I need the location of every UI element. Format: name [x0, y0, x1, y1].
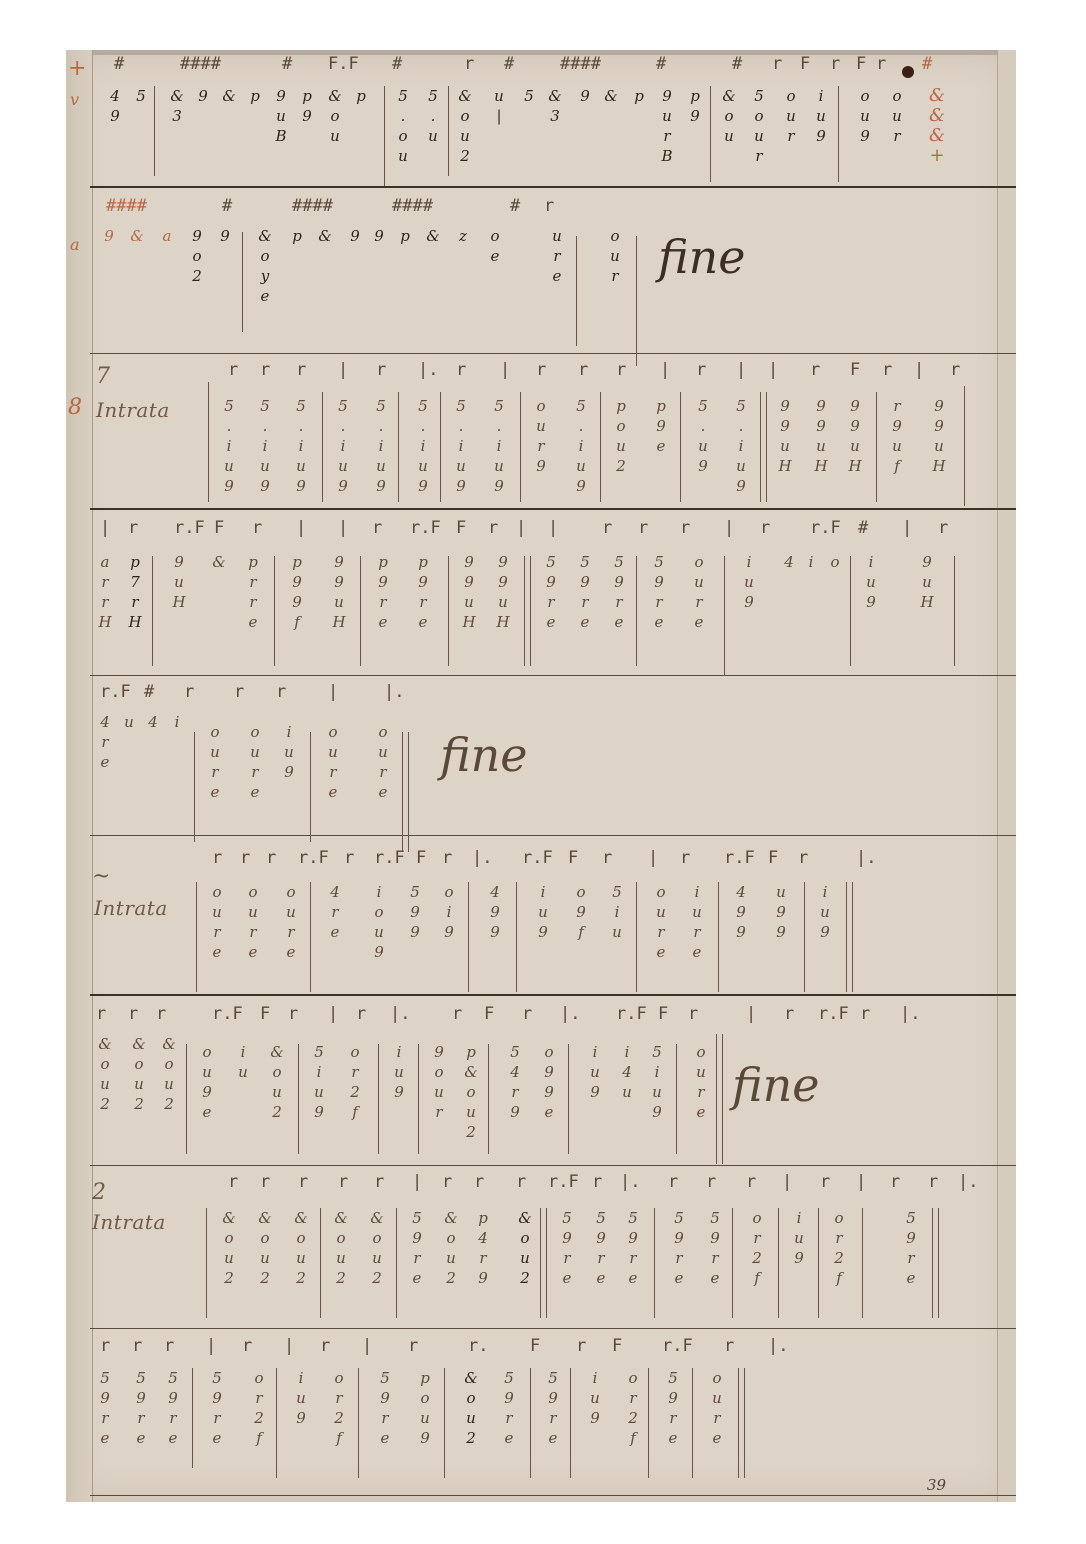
- tab-chord: 5 9 r e: [898, 1208, 924, 1288]
- rhythm-flag: |: [648, 848, 658, 868]
- system-divider: [90, 835, 1016, 836]
- rhythm-flag: F: [456, 518, 466, 538]
- tab-chord: o 9 9 e: [536, 1042, 562, 1122]
- tab-chord: & o u 2: [264, 1042, 290, 1122]
- tab-chord: o r 2 f: [342, 1042, 368, 1122]
- tab-chord: p 9 r e: [370, 552, 396, 632]
- tab-chord: & o u 2: [252, 1208, 278, 1288]
- rhythm-flag: |: [284, 1336, 294, 1356]
- tab-chord: 5 9 9: [402, 882, 428, 942]
- bar-line: [654, 1208, 655, 1318]
- tab-chord: & o u 2: [328, 1208, 354, 1288]
- tab-chord: 5 o u r: [746, 86, 772, 166]
- tab-chord: 5 i u: [604, 882, 630, 942]
- system-divider: [90, 1165, 1016, 1166]
- bar-line: [838, 86, 839, 182]
- rhythm-flag: |: [724, 518, 734, 538]
- rhythm-flag: #: [858, 518, 868, 538]
- rhythm-flag: F: [800, 54, 810, 74]
- bar-line: [954, 556, 955, 666]
- rhythm-flag: r: [156, 1004, 166, 1024]
- bar-line: [448, 86, 449, 176]
- bar-line: [676, 1044, 677, 1154]
- tab-chord: 4 r e: [322, 882, 348, 942]
- rhythm-flag: r: [592, 1172, 602, 1192]
- rhythm-flag: r: [260, 1172, 270, 1192]
- system-divider: [90, 1328, 1016, 1329]
- tab-chord: 5 9 r e: [496, 1368, 522, 1448]
- rhythm-flag: |: [328, 1004, 338, 1024]
- bar-line: [530, 1368, 531, 1478]
- rhythm-flag: r.F: [298, 848, 329, 868]
- tab-chord: i u: [230, 1042, 256, 1082]
- tab-chord: &: [312, 226, 338, 246]
- tab-chord: i u 9: [808, 86, 834, 146]
- rhythm-flag: r: [772, 54, 782, 74]
- bar-line: [208, 382, 209, 502]
- tab-chord: 5 9 r e: [666, 1208, 692, 1288]
- bar-line: [778, 1208, 779, 1318]
- rhythm-flags: r r r | r |. r | r r r | r | | r F r | r: [92, 360, 998, 384]
- rhythm-flag: r: [680, 848, 690, 868]
- margin-mark: v: [70, 90, 79, 109]
- rhythm-flag: r: [616, 360, 626, 380]
- bar-line: [448, 556, 449, 666]
- rhythm-flag: r: [602, 518, 612, 538]
- rhythm-flag: #: [922, 54, 932, 74]
- tab-chord: u: [116, 712, 142, 732]
- bar-line: [804, 882, 805, 992]
- rhythm-flag: r: [860, 1004, 870, 1024]
- tab-chord: & o u: [716, 86, 742, 146]
- rhythm-flag: r.F: [724, 848, 755, 868]
- tab-chord: 4 9 9: [728, 882, 754, 942]
- tab-chord-red: & & & +: [924, 86, 950, 166]
- rhythm-flag: r: [706, 1172, 716, 1192]
- tab-chord: r 9 u f: [884, 396, 910, 476]
- rhythm-flag: r: [288, 1004, 298, 1024]
- rhythm-flag: |: [412, 1172, 422, 1192]
- tab-chord: 5 . i u 9: [486, 396, 512, 496]
- rhythm-flag: r: [602, 848, 612, 868]
- rhythm-flag: r: [810, 360, 820, 380]
- tab-chord: 5 9 r e: [606, 552, 632, 632]
- bar-line: [378, 1044, 379, 1154]
- rhythm-flag: r.F: [100, 682, 131, 702]
- margin-mark: +: [68, 56, 86, 81]
- tab-chord: &: [420, 226, 446, 246]
- tab-chord: o u r e: [370, 722, 396, 802]
- rhythm-flag: r: [184, 682, 194, 702]
- tab-chord: 4 9: [102, 86, 128, 126]
- tablature-system-1: # #### # F.F # r # #### # # r F r F r # …: [92, 50, 998, 186]
- bar-line: [274, 556, 275, 666]
- rhythm-flag: r: [240, 848, 250, 868]
- tab-chord: 9 u r B: [654, 86, 680, 166]
- tab-chord: o: [822, 552, 848, 572]
- tab-chord: 5 . o u: [390, 86, 416, 166]
- rhythm-flag: r: [234, 682, 244, 702]
- bar-line-final: [744, 1368, 745, 1478]
- rhythm-flag: r: [724, 1336, 734, 1356]
- binding-gutter: [66, 50, 93, 1502]
- tab-chord: 5 4 r 9: [502, 1042, 528, 1122]
- rhythm-flag: r: [544, 196, 554, 216]
- tab-chord: p 7 r H: [122, 552, 148, 632]
- bar-line: [360, 556, 361, 666]
- bar-line-final: [716, 1034, 717, 1164]
- rhythm-flag: |: [548, 518, 558, 538]
- tab-chord: p o u 9: [412, 1368, 438, 1448]
- rhythm-flag: r: [276, 682, 286, 702]
- rhythm-flags: r r r r r | r r r r.F r |. r r r | r | r…: [92, 1172, 998, 1196]
- tab-chord: i u 9: [530, 882, 556, 942]
- bar-line: [710, 86, 711, 182]
- rhythm-flag: F: [850, 360, 860, 380]
- tab-chord: o u 9 e: [194, 1042, 220, 1122]
- tab-chord: 9 9 u H: [842, 396, 868, 476]
- rhythm-flag: r: [132, 1336, 142, 1356]
- rhythm-flag: ####: [106, 196, 147, 216]
- rhythm-flag: r: [522, 1004, 532, 1024]
- rhythm-flag: r: [442, 1172, 452, 1192]
- tab-chord: & o y e: [252, 226, 278, 306]
- rhythm-flag: r: [820, 1172, 830, 1192]
- rhythm-flag: r: [96, 1004, 106, 1024]
- bar-line: [636, 882, 637, 992]
- rhythm-flag: |: [500, 360, 510, 380]
- tab-chord-red: a: [154, 226, 180, 246]
- tab-chord: 9 9 u H: [772, 396, 798, 476]
- bar-line-double: [530, 556, 531, 666]
- tab-chord: a r r H: [92, 552, 118, 632]
- manuscript-page: + v a 8 # #### # F.F # r # #### # # r F …: [66, 50, 1016, 1502]
- rhythm-flag: r: [344, 848, 354, 868]
- rhythm-flag: r: [356, 1004, 366, 1024]
- tab-chord: 9: [342, 226, 368, 246]
- rhythm-flag: r: [100, 1336, 110, 1356]
- bar-line-final: [938, 1208, 939, 1318]
- rhythm-flag: |: [660, 360, 670, 380]
- tab-chord: & o u 2: [452, 86, 478, 166]
- tab-chord: 5 9 r e: [540, 1368, 566, 1448]
- bar-line: [718, 882, 719, 992]
- tab-chord: 5 9 r e: [620, 1208, 646, 1288]
- bar-line: [468, 882, 469, 992]
- rhythm-flag: F: [658, 1004, 668, 1024]
- rhythm-flag: r: [376, 360, 386, 380]
- bar-line: [186, 1044, 187, 1154]
- tablature-system-2: #### # #### #### # r 9 & a 9 o 2 9 & o y…: [92, 190, 998, 350]
- tab-chord: 5 9 r e: [646, 552, 672, 632]
- bar-line: [192, 1368, 193, 1468]
- tab-chord: o u r: [884, 86, 910, 146]
- tab-chord: & o u: [322, 86, 348, 146]
- bar-line-double: [540, 1208, 541, 1318]
- rhythm-flag: r: [374, 1172, 384, 1192]
- rhythm-flag: ####: [560, 54, 601, 74]
- rhythm-flag: r: [260, 360, 270, 380]
- tab-chord: p 9: [294, 86, 320, 126]
- tab-chord: o u r e: [278, 882, 304, 962]
- rhythm-flag: r: [668, 1172, 678, 1192]
- bar-line-final: [846, 882, 847, 992]
- rhythm-flag: r: [164, 1336, 174, 1356]
- rhythm-flag: r: [228, 360, 238, 380]
- rhythm-flag: r: [536, 360, 546, 380]
- bar-line: [520, 392, 521, 502]
- tab-chord: u r e: [544, 226, 570, 286]
- tab-chord: p 4 r 9: [470, 1208, 496, 1288]
- rhythm-flag: r: [212, 848, 222, 868]
- rhythm-flag: |: [746, 1004, 756, 1024]
- tab-chord: i u 9: [582, 1368, 608, 1428]
- rhythm-flag: r.F: [548, 1172, 579, 1192]
- rhythm-flag: F: [568, 848, 578, 868]
- tab-chord: o r 2 f: [326, 1368, 352, 1448]
- tab-chord: & o u 2: [156, 1034, 182, 1114]
- rhythm-flag: |.: [958, 1172, 978, 1192]
- bar-line: [276, 1368, 277, 1478]
- rhythm-flag: r: [950, 360, 960, 380]
- tab-chord: & 3: [164, 86, 190, 126]
- tab-chord: 9 9 u H: [456, 552, 482, 632]
- rhythm-flag: r: [128, 518, 138, 538]
- rhythm-flag: r: [298, 1172, 308, 1192]
- bar-line-final: [738, 1368, 739, 1478]
- tablature-system-8: 2 Intrata r r r r r | r r r r.F r |. r r…: [92, 1168, 998, 1326]
- rhythm-flag: |: [338, 360, 348, 380]
- tab-chord: 5 9 r e: [702, 1208, 728, 1288]
- rhythm-flag: ####: [292, 196, 333, 216]
- rhythm-flag: ####: [180, 54, 221, 74]
- bar-line: [818, 1208, 819, 1318]
- rhythm-flag: r: [688, 1004, 698, 1024]
- tab-chord: o u r: [778, 86, 804, 146]
- rhythm-flag: r: [576, 1336, 586, 1356]
- bar-line: [576, 236, 577, 346]
- rhythm-flag: r: [338, 1172, 348, 1192]
- tab-chord: i u r e: [684, 882, 710, 962]
- rhythm-flags: | r r.F F r | | r r.F F r | | r r r | r …: [92, 518, 998, 542]
- tab-chord: 9 u H: [166, 552, 192, 612]
- bar-line: [444, 1368, 445, 1478]
- rhythm-flag: |: [338, 518, 348, 538]
- tab-chord: &: [216, 86, 242, 106]
- tab-chord: i u 9: [858, 552, 884, 612]
- rhythm-flag: #: [732, 54, 742, 74]
- tab-chord: u |: [486, 86, 512, 126]
- tab-chord: 4: [140, 712, 166, 732]
- tab-chord: 5 9 r e: [554, 1208, 580, 1288]
- tab-chord: 5 i u 9: [306, 1042, 332, 1122]
- rhythm-flag: #: [392, 54, 402, 74]
- system-divider: [90, 675, 1016, 676]
- tab-chord: u 9 9: [768, 882, 794, 942]
- rhythm-flag: r: [442, 848, 452, 868]
- rhythm-flag: F: [214, 518, 224, 538]
- tab-chord: & o u 2: [512, 1208, 538, 1288]
- tab-chord: z: [450, 226, 476, 246]
- tab-chord: p: [392, 226, 418, 246]
- rhythm-flags: # #### # F.F # r # #### # # r F r F r #: [92, 54, 998, 78]
- tab-chord: p 9 e: [648, 396, 674, 456]
- tab-chord: 9: [190, 86, 216, 106]
- tab-chord: i 4 u: [614, 1042, 640, 1102]
- tab-chord: o u r e: [204, 882, 230, 962]
- bar-line-double: [524, 556, 525, 666]
- tab-chord: p: [242, 86, 268, 106]
- tab-chord: 5 . i u 9: [330, 396, 356, 496]
- tablature-system-5: r.F # r r r | |. 4 r e u 4 i o u r e o u…: [92, 678, 998, 833]
- bar-line: [298, 1044, 299, 1154]
- rhythm-flag: r: [252, 518, 262, 538]
- rhythm-flag: #: [144, 682, 154, 702]
- bar-line: [396, 1208, 397, 1318]
- tab-chord: o i 9: [436, 882, 462, 942]
- tab-chord: 5 . i u 9: [728, 396, 754, 496]
- rhythm-flag: r: [876, 54, 886, 74]
- bar-line: [862, 1208, 863, 1318]
- rhythm-flag: |: [914, 360, 924, 380]
- tab-chord: 5 9 r e: [660, 1368, 686, 1448]
- rhythm-flag: r.F: [374, 848, 405, 868]
- tab-chord: o u r 9: [528, 396, 554, 476]
- rhythm-flag: |.: [900, 1004, 920, 1024]
- rhythm-flag: r.F: [662, 1336, 693, 1356]
- rhythm-flag: r: [242, 1336, 252, 1356]
- tab-chord: & o u 2: [438, 1208, 464, 1288]
- bar-line: [196, 882, 197, 992]
- rhythm-flag: |: [856, 1172, 866, 1192]
- bar-line: [568, 1044, 569, 1154]
- rhythm-flag: r: [516, 1172, 526, 1192]
- bar-line: [440, 392, 441, 502]
- bar-line-double: [766, 392, 767, 502]
- tab-chord: o u r e: [688, 1042, 714, 1122]
- rhythm-flag: r: [578, 360, 588, 380]
- rhythm-flag: |: [296, 518, 306, 538]
- bar-line: [648, 1368, 649, 1478]
- tab-chord: o u r e: [704, 1368, 730, 1448]
- tab-chord: o r 2 f: [826, 1208, 852, 1288]
- tab-chord: &: [598, 86, 624, 106]
- tab-chord: & o u 2: [288, 1208, 314, 1288]
- tab-chord: 9 9 u H: [808, 396, 834, 476]
- bar-line: [398, 392, 399, 502]
- rhythm-flag: r: [928, 1172, 938, 1192]
- rhythm-flag: |.: [560, 1004, 580, 1024]
- tab-chord: 5 . i u 9: [448, 396, 474, 496]
- rhythm-flag: r: [830, 54, 840, 74]
- rhythm-flag: |: [768, 360, 778, 380]
- rhythm-flag: #: [222, 196, 232, 216]
- rhythm-flag: |: [902, 518, 912, 538]
- bar-line: [384, 86, 385, 186]
- tab-chord: i u 9: [812, 882, 838, 942]
- rhythm-flag: |.: [384, 682, 404, 702]
- fine-flourish: fine: [658, 230, 746, 284]
- tab-chord: o r 2 f: [744, 1208, 770, 1288]
- rhythm-flag: |: [100, 518, 110, 538]
- tab-chord: 5 . i u 9: [216, 396, 242, 496]
- tab-chord: 5 . i u 9: [252, 396, 278, 496]
- tab-chord: 5 9 r e: [128, 1368, 154, 1448]
- tab-chord: i: [164, 712, 190, 732]
- bar-line-final: [852, 882, 853, 992]
- rhythm-flags: r r r | r | r | r r. F r F r.F r |.: [92, 1336, 998, 1360]
- fine-flourish: fine: [440, 728, 528, 782]
- page-right-edge: [997, 50, 1016, 1502]
- rhythm-flag: F: [856, 54, 866, 74]
- bar-line: [242, 232, 243, 332]
- rhythm-flag: r.F: [810, 518, 841, 538]
- bar-line: [310, 732, 311, 842]
- bar-line: [570, 1368, 571, 1478]
- rhythm-flag: r.F: [174, 518, 205, 538]
- rhythm-flag: r: [696, 360, 706, 380]
- tablature-system-7: r r r r.F F r | r |. r F r |. r.F F r | …: [92, 998, 998, 1163]
- rhythm-flag: r.F: [212, 1004, 243, 1024]
- tab-chord: p 9 r e: [410, 552, 436, 632]
- bar-line: [310, 882, 311, 992]
- tab-chord: 9 u B: [268, 86, 294, 146]
- bar-line-final: [722, 1034, 723, 1164]
- rhythm-flag: r.: [468, 1336, 488, 1356]
- rhythm-flag: #: [114, 54, 124, 74]
- tab-chord: 5 9 r e: [372, 1368, 398, 1448]
- bar-line: [358, 1368, 359, 1478]
- bar-line: [724, 556, 725, 676]
- tab-chord: 9 9 u H: [926, 396, 952, 476]
- rhythm-flag: F: [768, 848, 778, 868]
- tab-chord: i u 9: [386, 1042, 412, 1102]
- rhythm-flag: r: [266, 848, 276, 868]
- system-divider: [90, 186, 1016, 188]
- tab-chord: & o u 2: [126, 1034, 152, 1114]
- tab-chord: 9 9 u H: [326, 552, 352, 632]
- tablature-system-3: 7 Intrata r r r | r |. r | r r r | r | |…: [92, 356, 998, 506]
- rhythm-flag: |: [362, 1336, 372, 1356]
- bar-line: [516, 882, 517, 992]
- tab-chord: 5 . u 9: [690, 396, 716, 476]
- section-label-intrata: Intrata: [96, 398, 170, 422]
- tab-chord: 5 . i u 9: [368, 396, 394, 496]
- rhythm-flag: F: [530, 1336, 540, 1356]
- tab-chord: 9: [366, 226, 392, 246]
- bar-line: [320, 1208, 321, 1318]
- tab-chord: o u r e: [240, 882, 266, 962]
- tab-chord: i u 9: [276, 722, 302, 782]
- rhythm-flag: |.: [418, 360, 438, 380]
- bar-line: [636, 236, 637, 366]
- tab-chord: 9: [572, 86, 598, 106]
- rhythm-flag: r: [890, 1172, 900, 1192]
- tab-chord: o u r e: [242, 722, 268, 802]
- tab-chord: o r 2 f: [246, 1368, 272, 1448]
- tab-chord: 5 . i u 9: [568, 396, 594, 496]
- rhythm-flag: |.: [768, 1336, 788, 1356]
- rhythm-flag: r: [882, 360, 892, 380]
- tab-chord: & o u 2: [216, 1208, 242, 1288]
- rhythm-flag: r.F: [818, 1004, 849, 1024]
- tab-chord: i u 9: [786, 1208, 812, 1268]
- tab-chord: i u 9: [582, 1042, 608, 1102]
- tab-chord: 5 9 r e: [204, 1368, 230, 1448]
- rhythm-flag: r: [798, 848, 808, 868]
- tab-chord: &: [206, 552, 232, 572]
- tab-chord: 5 9 r e: [588, 1208, 614, 1288]
